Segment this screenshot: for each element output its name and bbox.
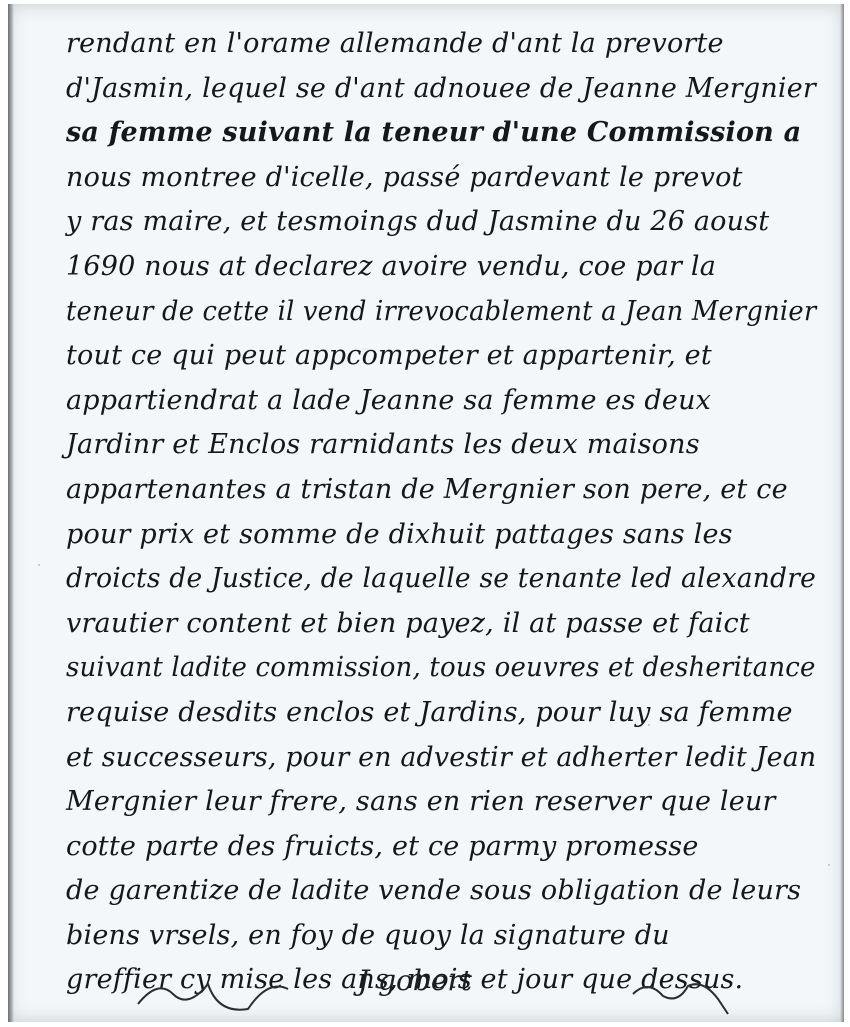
text-line: Jardinr et Enclos rarnidants les deux ma… [66, 423, 814, 468]
signature: J gobert [358, 964, 472, 997]
text-line: appartenantes a tristan de Mergnier son … [66, 468, 814, 513]
paper-speck [828, 864, 830, 866]
manuscript-text: rendant en l'orame allemande d'ant la pr… [66, 22, 814, 1003]
text-line: sa femme suivant la teneur d'une Commiss… [66, 111, 814, 156]
text-line: 1690 nous at declarez avoire vendu, coe … [66, 245, 814, 290]
text-line: nous montree d'icelle, passé pardevant l… [66, 156, 814, 201]
text-line: y ras maire, et tesmoings dud Jasmine du… [66, 200, 814, 245]
flourish-left-icon [128, 974, 308, 1022]
manuscript-page: rendant en l'orame allemande d'ant la pr… [8, 4, 844, 1022]
paper-speck [38, 564, 40, 566]
text-line: d'Jasmin, lequel se d'ant adnouee de Jea… [66, 67, 813, 112]
text-line: rendant en l'orame allemande d'ant la pr… [66, 22, 814, 67]
text-line: appartiendrat a lade Jeanne sa femme es … [66, 379, 814, 424]
flourish-right-icon [628, 974, 768, 1022]
text-line: requise desdits enclos et Jardins, pour … [66, 691, 814, 736]
text-line: de garentize de ladite vende sous obliga… [66, 869, 814, 914]
text-line: teneur de cette il vend irrevocablement … [66, 290, 781, 335]
text-line: cotte parte des fruicts, et ce parmy pro… [66, 825, 814, 870]
text-line: pour prix et somme de dixhuit pattages s… [66, 513, 814, 558]
text-line: et successeurs, pour en advestir et adhe… [66, 736, 808, 781]
text-line: biens vrsels, en foy de quoy la signatur… [66, 914, 814, 959]
text-line: tout ce qui peut appcompeter et apparten… [66, 334, 814, 379]
text-line: vrautier content et bien payez, il at pa… [66, 602, 814, 647]
text-line: Mergnier leur frere, sans en rien reserv… [66, 780, 814, 825]
text-line: suivant ladite commission, tous oeuvres … [66, 646, 785, 691]
text-line: droicts de Justice, de laquelle se tenan… [66, 557, 801, 602]
